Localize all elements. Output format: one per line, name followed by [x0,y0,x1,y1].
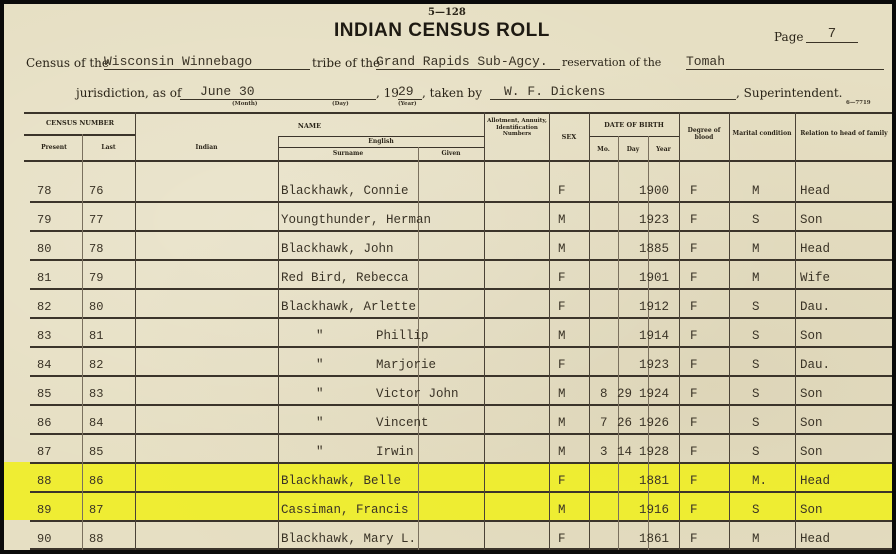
cell-marital: M [752,242,760,256]
header-relation: Relation to head of family [798,130,890,137]
cell-given: Marjorie [376,358,436,372]
cell-blood: F [690,329,698,343]
cell-present: 80 [37,242,51,256]
cell-present: 88 [37,474,51,488]
cell-last: 85 [89,445,103,459]
cell-sex: M [558,329,566,343]
cell-blood: F [690,184,698,198]
header-degree-of-blood: Degree of blood [682,127,726,141]
cell-year: 1924 [639,387,669,401]
cell-year: 1923 [639,213,669,227]
cell-given: Irwin [376,445,414,459]
cell-sex: F [558,184,566,198]
header-allotment: Allotment, Annuity, Identification Numbe… [487,118,547,138]
cell-relation: Son [800,213,823,227]
cell-blood: F [690,271,698,285]
cell-marital: S [752,503,760,517]
cell-sex: F [558,300,566,314]
cell-present: 87 [37,445,51,459]
header-given: Given [418,150,484,157]
cell-blood: F [690,358,698,372]
cell-marital: M [752,184,760,198]
census-roll-page: 5—128 INDIAN CENSUS ROLL Page 7 Census o… [4,4,892,550]
cell-surname: Youngthunder, Herman [281,213,431,227]
cell-marital: S [752,358,760,372]
cell-last: 87 [89,503,103,517]
cell-sex: F [558,474,566,488]
cell-year: 1923 [639,358,669,372]
cell-present: 85 [37,387,51,401]
header-present: Present [26,144,82,151]
cell-relation: Dau. [800,300,830,314]
cell-sex: M [558,242,566,256]
cell-present: 84 [37,358,51,372]
cell-surname: Blackhawk, Belle [281,474,401,488]
cell-relation: Son [800,503,823,517]
header-english: English [278,138,484,145]
cell-sex: M [558,213,566,227]
cell-marital: M [752,532,760,546]
cell-year: 1926 [639,416,669,430]
cell-relation: Son [800,387,823,401]
cell-blood: F [690,474,698,488]
cell-blood: F [690,416,698,430]
cell-last: 86 [89,474,103,488]
cell-year: 1881 [639,474,669,488]
cell-day: 29 [617,387,632,401]
cell-sex: M [558,503,566,517]
cell-relation: Head [800,242,830,256]
cell-present: 81 [37,271,51,285]
header-indian: Indian [135,144,278,151]
cell-surname: " [316,445,324,459]
cell-surname: Red Bird, Rebecca [281,271,409,285]
cell-year: 1901 [639,271,669,285]
header-name: NAME [135,123,484,130]
cell-last: 80 [89,300,103,314]
cell-mo: 3 [600,445,608,459]
cell-relation: Son [800,329,823,343]
cell-year: 1914 [639,329,669,343]
cell-last: 84 [89,416,103,430]
cell-relation: Head [800,184,830,198]
cell-marital: S [752,300,760,314]
cell-relation: Dau. [800,358,830,372]
cell-sex: M [558,387,566,401]
cell-marital: S [752,329,760,343]
header-census-number: CENSUS NUMBER [24,120,136,127]
cell-day: 14 [617,445,632,459]
cell-day: 26 [617,416,632,430]
cell-year: 1861 [639,532,669,546]
cell-sex: F [558,271,566,285]
cell-given: Victor John [376,387,459,401]
cell-mo: 8 [600,387,608,401]
header-sex: SEX [549,134,589,141]
cell-last: 83 [89,387,103,401]
cell-last: 76 [89,184,103,198]
cell-blood: F [690,503,698,517]
cell-given: Phillip [376,329,429,343]
cell-blood: F [690,242,698,256]
cell-surname: " [316,387,324,401]
cell-year: 1900 [639,184,669,198]
cell-present: 86 [37,416,51,430]
cell-sex: M [558,416,566,430]
cell-blood: F [690,387,698,401]
cell-marital: S [752,445,760,459]
cell-surname: Cassiman, Francis [281,503,409,517]
cell-last: 79 [89,271,103,285]
cell-sex: F [558,358,566,372]
cell-relation: Head [800,474,830,488]
cell-last: 82 [89,358,103,372]
cell-relation: Son [800,445,823,459]
header-day: Day [618,146,648,153]
cell-surname: " [316,358,324,372]
cell-year: 1928 [639,445,669,459]
cell-marital: S [752,416,760,430]
cell-last: 77 [89,213,103,227]
cell-year: 1912 [639,300,669,314]
cell-surname: Blackhawk, John [281,242,394,256]
cell-sex: F [558,532,566,546]
cell-last: 81 [89,329,103,343]
header-date-of-birth: DATE OF BIRTH [589,122,679,129]
cell-blood: F [690,532,698,546]
cell-present: 90 [37,532,51,546]
cell-present: 89 [37,503,51,517]
cell-year: 1885 [639,242,669,256]
cell-last: 78 [89,242,103,256]
cell-sex: M [558,445,566,459]
cell-surname: " [316,329,324,343]
cell-blood: F [690,300,698,314]
header-last: Last [82,144,135,151]
cell-surname: Blackhawk, Mary L. [281,532,416,546]
cell-last: 88 [89,532,103,546]
cell-present: 78 [37,184,51,198]
cell-present: 83 [37,329,51,343]
cell-present: 82 [37,300,51,314]
cell-surname: Blackhawk, Connie [281,184,409,198]
cell-given: Vincent [376,416,429,430]
cell-marital: M. [752,474,767,488]
cell-relation: Wife [800,271,830,285]
cell-year: 1916 [639,503,669,517]
cell-surname: " [316,416,324,430]
cell-present: 79 [37,213,51,227]
cell-blood: F [690,213,698,227]
cell-relation: Son [800,416,823,430]
cell-relation: Head [800,532,830,546]
cell-surname: Blackhawk, Arlette [281,300,416,314]
header-marital-condition: Marital condition [732,130,792,137]
header-year: Year [648,146,679,153]
header-surname: Surname [278,150,418,157]
cell-blood: F [690,445,698,459]
header-mo: Mo. [589,146,618,153]
cell-marital: S [752,387,760,401]
cell-marital: S [752,213,760,227]
cell-mo: 7 [600,416,608,430]
cell-marital: M [752,271,760,285]
